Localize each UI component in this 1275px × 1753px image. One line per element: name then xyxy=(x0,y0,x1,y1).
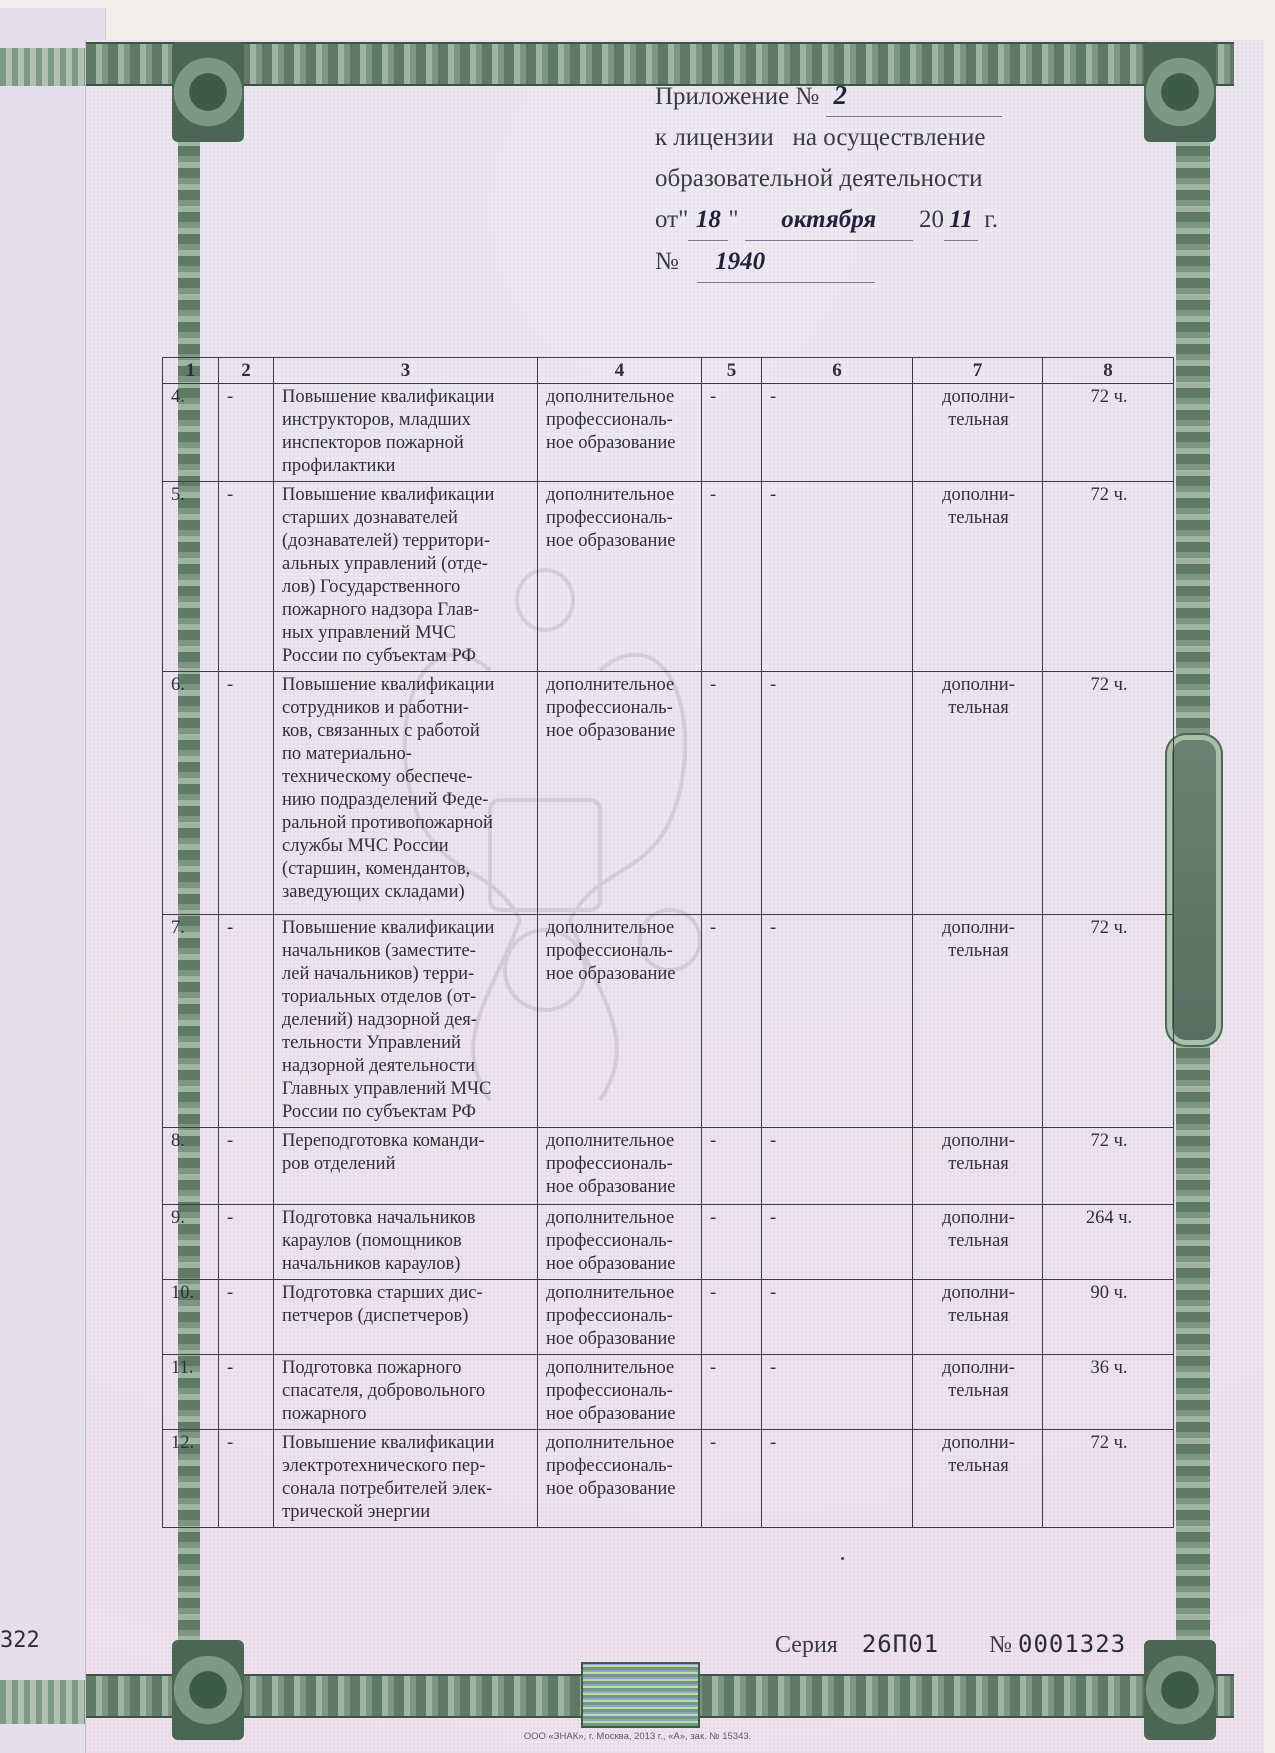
table-row: 12.-Повышение квалификацииэлектротехниче… xyxy=(163,1430,1174,1528)
appendix-number-line: Приложение № 2 xyxy=(655,75,1095,117)
educational-programs-table: 12345678 4.-Повышение квалификацииинстру… xyxy=(162,357,1174,1528)
program-kind-line: дополни- xyxy=(921,386,1036,409)
column-6-cell: - xyxy=(762,482,913,672)
column-2-cell: - xyxy=(219,672,274,915)
education-level-line: дополнительное xyxy=(546,1207,695,1230)
education-level-line: дополнительное xyxy=(546,484,695,507)
program-name-line: альных управлений (отде- xyxy=(282,553,531,576)
program-name-line: сотрудников и работни- xyxy=(282,697,531,720)
program-name-line: спасателя, добровольного xyxy=(282,1380,531,1403)
program-name-line: караулов (помощников xyxy=(282,1230,531,1253)
corner-ornament-icon xyxy=(172,1640,244,1740)
row-number-cell: 9. xyxy=(163,1205,219,1280)
program-kind-line: дополни- xyxy=(921,1130,1036,1153)
program-name-cell: Повышение квалификациисотрудников и рабо… xyxy=(274,672,538,915)
education-level-cell: дополнительноепрофессиональ-ное образова… xyxy=(538,1430,702,1528)
duration-hours-cell: 72 ч. xyxy=(1043,384,1174,482)
column-6-cell: - xyxy=(762,1128,913,1205)
table-row: 5.-Повышение квалификациистарших дознава… xyxy=(163,482,1174,672)
column-6-cell: - xyxy=(762,1430,913,1528)
program-name-line: России по субъектам РФ xyxy=(282,1101,531,1124)
program-kind-cell: дополни-тельная xyxy=(913,482,1043,672)
education-level-line: ное образование xyxy=(546,963,695,986)
column-5-cell: - xyxy=(702,1205,762,1280)
program-kind-cell: дополни-тельная xyxy=(913,672,1043,915)
appendix-number: 2 xyxy=(826,75,1002,117)
date-year-suffix: 11 xyxy=(944,199,978,241)
date-suffix: г. xyxy=(984,206,998,233)
date-prefix: от xyxy=(655,206,678,233)
program-name-line: делений) надзорной дея- xyxy=(282,1009,531,1032)
education-level-line: дополнительное xyxy=(546,386,695,409)
program-name-line: (дознавателей) территори- xyxy=(282,530,531,553)
program-name-cell: Подготовка пожарногоспасателя, доброволь… xyxy=(274,1355,538,1430)
duration-hours-cell: 264 ч. xyxy=(1043,1205,1174,1280)
program-name-line: России по субъектам РФ xyxy=(282,645,531,668)
form-series-number: Серия 26П01 № 0001323 xyxy=(775,1630,1126,1659)
date-year-prefix: 20 xyxy=(919,206,944,233)
education-level-line: ное образование xyxy=(546,530,695,553)
column-6-cell: - xyxy=(762,384,913,482)
program-kind-cell: дополни-тельная xyxy=(913,1355,1043,1430)
program-name-line: лов) Государственного xyxy=(282,576,531,599)
program-name-line: Повышение квалификации xyxy=(282,386,531,409)
license-subtitle-line-1: к лицензии на осуществление xyxy=(655,117,1095,158)
corner-ornament-icon xyxy=(172,42,244,142)
license-subtitle-line-2: образовательной деятельности xyxy=(655,158,1095,199)
column-header-6: 6 xyxy=(762,358,913,384)
program-name-line: по материально- xyxy=(282,743,531,766)
education-level-cell: дополнительноепрофессиональ-ное образова… xyxy=(538,915,702,1128)
program-name-line: сонала потребителей элек- xyxy=(282,1478,531,1501)
license-number-line: № 1940 xyxy=(655,241,1095,283)
education-level-line: дополнительное xyxy=(546,1282,695,1305)
education-level-line: профессиональ- xyxy=(546,1230,695,1253)
program-name-line: лей начальников) терри- xyxy=(282,963,531,986)
duration-hours-cell: 72 ч. xyxy=(1043,1430,1174,1528)
program-kind-line: тельная xyxy=(921,1455,1036,1478)
program-name-cell: Подготовка старших дис-петчеров (диспетч… xyxy=(274,1280,538,1355)
program-name-line: Главных управлений МЧС xyxy=(282,1078,531,1101)
column-header-4: 4 xyxy=(538,358,702,384)
education-level-line: ное образование xyxy=(546,720,695,743)
program-name-line: Подготовка старших дис- xyxy=(282,1282,531,1305)
column-header-7: 7 xyxy=(913,358,1043,384)
date-day: 18 xyxy=(688,199,728,241)
row-number-cell: 7. xyxy=(163,915,219,1128)
hologram-panel xyxy=(581,1662,700,1728)
program-name-line: петчеров (диспетчеров) xyxy=(282,1305,531,1328)
table-row: 11.-Подготовка пожарногоспасателя, добро… xyxy=(163,1355,1174,1430)
education-level-line: профессиональ- xyxy=(546,1380,695,1403)
program-name-line: ных управлений МЧС xyxy=(282,622,531,645)
education-level-line: профессиональ- xyxy=(546,409,695,432)
education-level-line: дополнительное xyxy=(546,1130,695,1153)
table-row: 10.-Подготовка старших дис-петчеров (дис… xyxy=(163,1280,1174,1355)
program-name-line: надзорной деятельности xyxy=(282,1055,531,1078)
license-number: 1940 xyxy=(697,241,875,283)
program-name-line: ров отделений xyxy=(282,1153,531,1176)
program-name-line: инструкторов, младших xyxy=(282,409,531,432)
program-name-line: Повышение квалификации xyxy=(282,674,531,697)
program-name-cell: Переподготовка команди-ров отделений xyxy=(274,1128,538,1205)
program-name-line: ральной противопожарной xyxy=(282,812,531,835)
program-kind-line: дополни- xyxy=(921,674,1036,697)
education-level-line: дополнительное xyxy=(546,674,695,697)
program-kind-line: дополни- xyxy=(921,1207,1036,1230)
program-name-line: Повышение квалификации xyxy=(282,1432,531,1455)
duration-hours-cell: 90 ч. xyxy=(1043,1280,1174,1355)
education-level-cell: дополнительноепрофессиональ-ное образова… xyxy=(538,1280,702,1355)
education-level-cell: дополнительноепрофессиональ-ное образова… xyxy=(538,384,702,482)
program-kind-line: тельная xyxy=(921,507,1036,530)
program-name-line: нию подразделений Феде- xyxy=(282,789,531,812)
program-name-line: тельности Управлений xyxy=(282,1032,531,1055)
education-level-line: ное образование xyxy=(546,1253,695,1276)
program-kind-line: дополни- xyxy=(921,1282,1036,1305)
program-kind-cell: дополни-тельная xyxy=(913,1128,1043,1205)
table-row: 6.-Повышение квалификациисотрудников и р… xyxy=(163,672,1174,915)
column-5-cell: - xyxy=(702,1128,762,1205)
column-5-cell: - xyxy=(702,384,762,482)
row-number-cell: 5. xyxy=(163,482,219,672)
education-level-line: ное образование xyxy=(546,1176,695,1199)
program-kind-line: тельная xyxy=(921,940,1036,963)
education-level-line: дополнительное xyxy=(546,917,695,940)
table-row: 7.-Повышение квалификацииначальников (за… xyxy=(163,915,1174,1128)
side-medallion-ornament xyxy=(1172,740,1216,1040)
row-number-cell: 4. xyxy=(163,384,219,482)
program-name-cell: Подготовка начальниковкараулов (помощник… xyxy=(274,1205,538,1280)
education-level-cell: дополнительноепрофессиональ-ное образова… xyxy=(538,1355,702,1430)
duration-hours-cell: 72 ч. xyxy=(1043,482,1174,672)
table-body: 4.-Повышение квалификацииинструкторов, м… xyxy=(163,384,1174,1528)
license-number-label: № xyxy=(655,248,679,275)
program-kind-line: дополни- xyxy=(921,484,1036,507)
education-level-line: дополнительное xyxy=(546,1432,695,1455)
row-number-cell: 6. xyxy=(163,672,219,915)
duration-hours-cell: 36 ч. xyxy=(1043,1355,1174,1430)
column-5-cell: - xyxy=(702,1430,762,1528)
program-name-line: электротехнического пер- xyxy=(282,1455,531,1478)
program-kind-line: тельная xyxy=(921,1153,1036,1176)
column-header-8: 8 xyxy=(1043,358,1174,384)
education-level-line: профессиональ- xyxy=(546,1153,695,1176)
program-name-cell: Повышение квалификацииначальников (замес… xyxy=(274,915,538,1128)
table-row: 8.-Переподготовка команди-ров отделенийд… xyxy=(163,1128,1174,1205)
row-number-cell: 12. xyxy=(163,1430,219,1528)
column-2-cell: - xyxy=(219,1205,274,1280)
education-level-line: дополнительное xyxy=(546,1357,695,1380)
row-number-cell: 10. xyxy=(163,1280,219,1355)
table-row: 9.-Подготовка начальниковкараулов (помощ… xyxy=(163,1205,1174,1280)
duration-hours-cell: 72 ч. xyxy=(1043,1128,1174,1205)
row-number-cell: 11. xyxy=(163,1355,219,1430)
column-6-cell: - xyxy=(762,1280,913,1355)
column-2-cell: - xyxy=(219,1355,274,1430)
program-name-line: техническому обеспече- xyxy=(282,766,531,789)
appendix-header: Приложение № 2 к лицензии на осуществлен… xyxy=(655,75,1095,283)
program-kind-line: тельная xyxy=(921,697,1036,720)
column-5-cell: - xyxy=(702,1280,762,1355)
printer-imprint: ООО «ЗНАК», г. Москва, 2013 г., «А», зак… xyxy=(0,1731,1275,1742)
education-level-line: профессиональ- xyxy=(546,697,695,720)
duration-hours-cell: 72 ч. xyxy=(1043,672,1174,915)
program-name-cell: Повышение квалификацииинструкторов, млад… xyxy=(274,384,538,482)
corner-ornament-icon xyxy=(1144,42,1216,142)
program-name-line: пожарного xyxy=(282,1403,531,1426)
column-5-cell: - xyxy=(702,482,762,672)
program-name-line: Повышение квалификации xyxy=(282,917,531,940)
education-level-cell: дополнительноепрофессиональ-ное образова… xyxy=(538,482,702,672)
education-level-line: ное образование xyxy=(546,432,695,455)
duration-hours-cell: 72 ч. xyxy=(1043,915,1174,1128)
column-2-cell: - xyxy=(219,384,274,482)
column-2-cell: - xyxy=(219,1128,274,1205)
column-5-cell: - xyxy=(702,915,762,1128)
column-6-cell: - xyxy=(762,1355,913,1430)
program-name-line: Подготовка пожарного xyxy=(282,1357,531,1380)
program-name-line: старших дознавателей xyxy=(282,507,531,530)
program-name-line: профилактики xyxy=(282,455,531,478)
program-name-line: ториальных отделов (от- xyxy=(282,986,531,1009)
form-number-value: 0001323 xyxy=(1018,1630,1126,1658)
program-kind-line: тельная xyxy=(921,1305,1036,1328)
education-level-cell: дополнительноепрофессиональ-ное образова… xyxy=(538,1128,702,1205)
column-2-cell: - xyxy=(219,915,274,1128)
program-name-line: службы МЧС России xyxy=(282,835,531,858)
ink-dot xyxy=(841,1557,844,1560)
education-level-cell: дополнительноепрофессиональ-ное образова… xyxy=(538,672,702,915)
program-name-line: заведующих складами) xyxy=(282,881,531,904)
column-5-cell: - xyxy=(702,1355,762,1430)
column-header-2: 2 xyxy=(219,358,274,384)
program-kind-line: дополни- xyxy=(921,1357,1036,1380)
column-5-cell: - xyxy=(702,672,762,915)
program-name-line: Подготовка начальников xyxy=(282,1207,531,1230)
program-name-line: пожарного надзора Глав- xyxy=(282,599,531,622)
education-level-cell: дополнительноепрофессиональ-ное образова… xyxy=(538,1205,702,1280)
program-kind-line: тельная xyxy=(921,1380,1036,1403)
program-name-line: Переподготовка команди- xyxy=(282,1130,531,1153)
program-kind-line: дополни- xyxy=(921,917,1036,940)
program-name-cell: Повышение квалификациистарших дознавател… xyxy=(274,482,538,672)
education-level-line: профессиональ- xyxy=(546,507,695,530)
appendix-label: Приложение № xyxy=(655,83,819,110)
program-kind-cell: дополни-тельная xyxy=(913,1280,1043,1355)
program-name-line: начальников караулов) xyxy=(282,1253,531,1276)
series-label: Серия xyxy=(775,1632,838,1658)
education-level-line: ное образование xyxy=(546,1328,695,1351)
column-2-cell: - xyxy=(219,1280,274,1355)
license-date-line: от"18" октября 2011 г. xyxy=(655,199,1095,241)
table-row: 4.-Повышение квалификацииинструкторов, м… xyxy=(163,384,1174,482)
program-name-line: Повышение квалификации xyxy=(282,484,531,507)
program-name-line: начальников (заместите- xyxy=(282,940,531,963)
program-kind-line: дополни- xyxy=(921,1432,1036,1455)
column-2-cell: - xyxy=(219,1430,274,1528)
number-label: № xyxy=(989,1632,1012,1658)
education-level-line: профессиональ- xyxy=(546,1305,695,1328)
corner-ornament-icon xyxy=(1144,1640,1216,1740)
previous-page-number-fragment: 322 xyxy=(0,1628,40,1653)
education-level-line: профессиональ- xyxy=(546,940,695,963)
education-level-line: ное образование xyxy=(546,1403,695,1426)
program-kind-cell: дополни-тельная xyxy=(913,1430,1043,1528)
date-month: октября xyxy=(745,199,913,241)
program-kind-cell: дополни-тельная xyxy=(913,915,1043,1128)
column-6-cell: - xyxy=(762,915,913,1128)
program-kind-line: тельная xyxy=(921,1230,1036,1253)
program-name-line: трической энергии xyxy=(282,1501,531,1524)
education-level-line: профессиональ- xyxy=(546,1455,695,1478)
column-header-5: 5 xyxy=(702,358,762,384)
column-header-1: 1 xyxy=(163,358,219,384)
series-value: 26П01 xyxy=(862,1630,939,1658)
column-6-cell: - xyxy=(762,672,913,915)
program-kind-line: тельная xyxy=(921,409,1036,432)
program-kind-cell: дополни-тельная xyxy=(913,1205,1043,1280)
column-2-cell: - xyxy=(219,482,274,672)
education-level-line: ное образование xyxy=(546,1478,695,1501)
column-6-cell: - xyxy=(762,1205,913,1280)
program-name-cell: Повышение квалификацииэлектротехническог… xyxy=(274,1430,538,1528)
column-header-3: 3 xyxy=(274,358,538,384)
program-name-line: инспекторов пожарной xyxy=(282,432,531,455)
program-name-line: ков, связанных с работой xyxy=(282,720,531,743)
table-header-row: 12345678 xyxy=(163,358,1174,384)
program-kind-cell: дополни-тельная xyxy=(913,384,1043,482)
row-number-cell: 8. xyxy=(163,1128,219,1205)
program-name-line: (старшин, комендантов, xyxy=(282,858,531,881)
